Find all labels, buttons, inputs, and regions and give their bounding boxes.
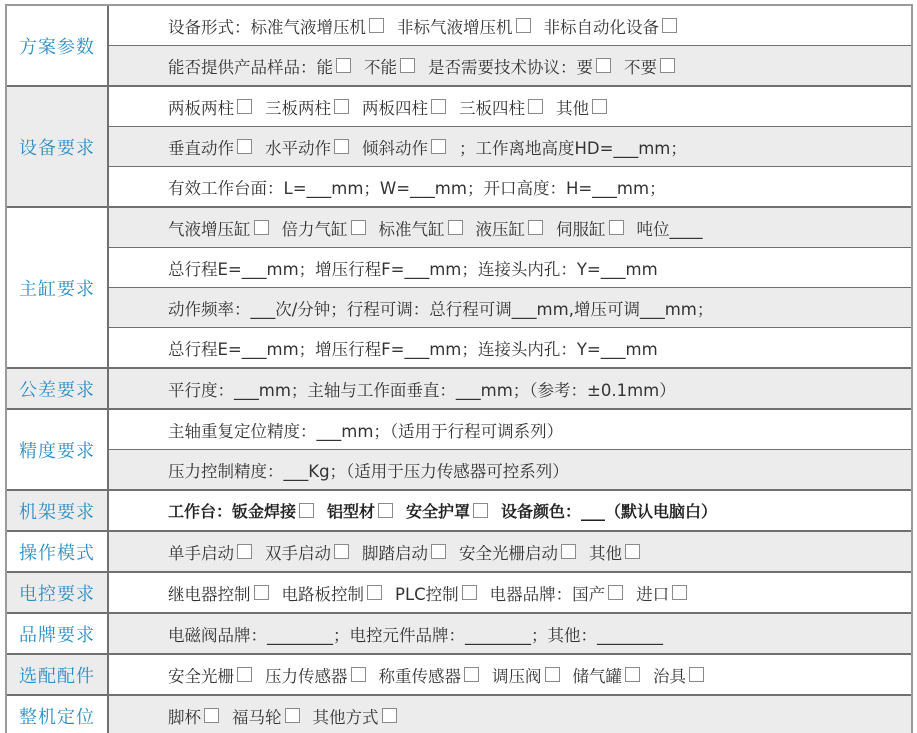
option-label: 电器品牌：国产: [490, 581, 606, 605]
option-label: 其他: [589, 540, 622, 564]
checkbox-icon[interactable]: [378, 503, 393, 518]
option-item[interactable]: 三板四柱: [459, 95, 548, 119]
checkbox-icon[interactable]: [561, 544, 576, 559]
option-label: 脚踏启动: [362, 540, 428, 564]
option-label: 能否提供产品样品：能: [168, 54, 333, 78]
section-label: 操作模式: [7, 532, 109, 571]
fill-in-text: 压力控制精度：___Kg；（适用于压力传感器可控系列）: [168, 458, 569, 482]
option-item[interactable]: 工作台：钣金焊接: [168, 499, 319, 522]
section-equipment-req: 设备要求两板两柱三板两柱两板四柱三板四柱其他垂直动作水平动作倾斜动作；工作离地高…: [7, 87, 911, 208]
field-text: 主轴重复定位精度：___mm；（适用于行程可调系列）: [168, 418, 563, 442]
section-brand-req: 品牌要求电磁阀品牌：________；电控元件品牌：________；其他：__…: [7, 614, 911, 655]
fill-in-text: 吨位____: [637, 216, 703, 240]
option-label: 非标自动化设备: [544, 14, 660, 38]
option-label: 福马轮: [232, 704, 282, 728]
option-label: 继电器控制: [168, 581, 251, 605]
option-label: 双手启动: [265, 540, 331, 564]
option-item[interactable]: 伺服缸: [556, 216, 629, 240]
checkbox-icon[interactable]: [660, 58, 675, 73]
checkbox-icon[interactable]: [237, 667, 252, 682]
form-row: 安全光栅压力传感器称重传感器调压阀储气罐治具: [109, 655, 911, 694]
section-machine-positioning: 整机定位脚杯福马轮其他方式: [7, 696, 911, 733]
option-item[interactable]: 倾斜动作: [362, 135, 451, 159]
field-text: 设备颜色：___（默认电脑白）: [501, 499, 717, 522]
section-precision-req: 精度要求主轴重复定位精度：___mm；（适用于行程可调系列）压力控制精度：___…: [7, 410, 911, 491]
option-label: 单手启动: [168, 540, 234, 564]
section-frame-req: 机架要求工作台：钣金焊接铝型材安全护罩设备颜色：___（默认电脑白）: [7, 491, 911, 532]
form-row: 垂直动作水平动作倾斜动作；工作离地高度HD=___mm；: [109, 127, 911, 167]
section-rows: 单手启动双手启动脚踏启动安全光栅启动其他: [109, 532, 911, 571]
section-rows: 工作台：钣金焊接铝型材安全护罩设备颜色：___（默认电脑白）: [109, 491, 911, 530]
option-item[interactable]: 两板两柱: [168, 95, 257, 119]
section-label: 设备要求: [7, 87, 109, 206]
option-label: 垂直动作: [168, 135, 234, 159]
section-electrical-control-req: 电控要求继电器控制电路板控制PLC控制电器品牌：国产进口: [7, 573, 911, 614]
form-row: 设备形式：标准气液增压机非标气液增压机非标自动化设备: [109, 6, 911, 46]
checkbox-icon[interactable]: [237, 544, 252, 559]
option-label: 脚杯: [168, 704, 201, 728]
fill-in-text: 动作频率：___次/分钟；行程可调：总行程可调___mm,增压可调___mm；: [168, 296, 713, 320]
form-row: 总行程E=___mm；增压行程F=___mm；连接头内孔：Y=___mm: [109, 328, 911, 367]
checkbox-icon[interactable]: [609, 220, 624, 235]
form-row: 有效工作台面：L=___mm；W=___mm；开口高度：H=___mm；: [109, 167, 911, 206]
field-text: 有效工作台面：L=___mm；W=___mm；开口高度：H=___mm；: [168, 175, 666, 199]
option-label: 倾斜动作: [362, 135, 428, 159]
field-text: 吨位____: [637, 216, 703, 240]
option-label: 三板两柱: [265, 95, 331, 119]
checkbox-icon[interactable]: [254, 220, 269, 235]
section-label: 选配配件: [7, 655, 109, 694]
option-item[interactable]: 压力传感器: [265, 663, 371, 687]
checkbox-icon[interactable]: [237, 99, 252, 114]
checkbox-icon[interactable]: [204, 708, 219, 723]
checkbox-icon[interactable]: [285, 708, 300, 723]
field-text: 平行度：___mm；主轴与工作面垂直：___mm；（参考：±0.1mm）: [168, 377, 676, 401]
checkbox-icon[interactable]: [431, 99, 446, 114]
checkbox-icon[interactable]: [448, 220, 463, 235]
fill-in-text: 主轴重复定位精度：___mm；（适用于行程可调系列）: [168, 418, 563, 442]
option-label: 进口: [636, 581, 669, 605]
option-label: 称重传感器: [379, 663, 462, 687]
option-item[interactable]: 水平动作: [265, 135, 354, 159]
option-item[interactable]: 双手启动: [265, 540, 354, 564]
section-label: 精度要求: [7, 410, 109, 489]
checkbox-icon[interactable]: [528, 220, 543, 235]
section-label: 方案参数: [7, 6, 109, 85]
section-label: 公差要求: [7, 369, 109, 408]
fill-in-text: 总行程E=___mm；增压行程F=___mm；连接头内孔：Y=___mm: [168, 336, 658, 360]
option-item[interactable]: 垂直动作: [168, 135, 257, 159]
option-item[interactable]: 标准气缸: [379, 216, 468, 240]
checkbox-icon[interactable]: [254, 585, 269, 600]
option-item[interactable]: 倍力气缸: [282, 216, 371, 240]
checkbox-icon[interactable]: [431, 139, 446, 154]
option-label: 不要: [624, 54, 657, 78]
form-row: 气液增压缸倍力气缸标准气缸液压缸伺服缸吨位____: [109, 208, 911, 248]
checkbox-icon[interactable]: [334, 139, 349, 154]
section-label: 机架要求: [7, 491, 109, 530]
field-text: 动作频率：___次/分钟；行程可调：总行程可调___mm,增压可调___mm；: [168, 296, 713, 320]
option-label: 两板两柱: [168, 95, 234, 119]
option-item[interactable]: 三板两柱: [265, 95, 354, 119]
section-rows: 继电器控制电路板控制PLC控制电器品牌：国产进口: [109, 573, 911, 612]
section-operation-mode: 操作模式单手启动双手启动脚踏启动安全光栅启动其他: [7, 532, 911, 573]
checkbox-icon[interactable]: [382, 708, 397, 723]
option-label: 是否需要技术协议：要: [428, 54, 593, 78]
option-item[interactable]: 不能: [364, 54, 420, 78]
checkbox-icon[interactable]: [367, 585, 382, 600]
option-item[interactable]: 安全光栅启动: [459, 540, 581, 564]
section-tolerance-req: 公差要求平行度：___mm；主轴与工作面垂直：___mm；（参考：±0.1mm）: [7, 369, 911, 410]
option-item[interactable]: 铝型材: [327, 499, 398, 522]
field-text: 压力控制精度：___Kg；（适用于压力传感器可控系列）: [168, 458, 569, 482]
checkbox-icon[interactable]: [528, 99, 543, 114]
checkbox-icon[interactable]: [464, 667, 479, 682]
option-item[interactable]: 非标自动化设备: [544, 14, 683, 38]
option-item[interactable]: 储气罐: [573, 663, 646, 687]
option-item[interactable]: 其他: [556, 95, 612, 119]
checkbox-icon[interactable]: [462, 585, 477, 600]
checkbox-icon[interactable]: [237, 139, 252, 154]
option-label: 压力传感器: [265, 663, 348, 687]
checkbox-icon[interactable]: [334, 544, 349, 559]
option-label: 安全光栅: [168, 663, 234, 687]
option-item[interactable]: 单手启动: [168, 540, 257, 564]
option-item[interactable]: 设备形式：标准气液增压机: [168, 14, 389, 38]
field-text: 总行程E=___mm；增压行程F=___mm；连接头内孔：Y=___mm: [168, 256, 658, 280]
form-row: 脚杯福马轮其他方式: [109, 696, 911, 733]
option-item[interactable]: 其他方式: [313, 704, 402, 728]
form-row: 压力控制精度：___Kg；（适用于压力传感器可控系列）: [109, 450, 911, 489]
checkbox-icon[interactable]: [689, 667, 704, 682]
section-label: 品牌要求: [7, 614, 109, 653]
fill-in-text: 平行度：___mm；主轴与工作面垂直：___mm；（参考：±0.1mm）: [168, 377, 676, 401]
fill-in-text: 总行程E=___mm；增压行程F=___mm；连接头内孔：Y=___mm: [168, 256, 658, 280]
checkbox-icon[interactable]: [516, 18, 531, 33]
option-label: 三板四柱: [459, 95, 525, 119]
option-item[interactable]: 安全护罩: [406, 499, 493, 522]
option-item[interactable]: 调压阀: [492, 663, 565, 687]
form-row: 单手启动双手启动脚踏启动安全光栅启动其他: [109, 532, 911, 571]
checkbox-icon[interactable]: [351, 667, 366, 682]
option-item[interactable]: 进口: [636, 581, 692, 605]
form-row: 能否提供产品样品：能不能是否需要技术协议：要不要: [109, 46, 911, 85]
section-optional-accessories: 选配配件安全光栅压力传感器称重传感器调压阀储气罐治具: [7, 655, 911, 696]
option-label: 水平动作: [265, 135, 331, 159]
option-label: 储气罐: [573, 663, 623, 687]
section-rows: 两板两柱三板两柱两板四柱三板四柱其他垂直动作水平动作倾斜动作；工作离地高度HD=…: [109, 87, 911, 206]
field-text: ；工作离地高度HD=___mm；: [459, 135, 687, 159]
option-label: 治具: [653, 663, 686, 687]
option-label: 液压缸: [476, 216, 526, 240]
checkbox-icon[interactable]: [608, 585, 623, 600]
requirements-form-table: 方案参数设备形式：标准气液增压机非标气液增压机非标自动化设备能否提供产品样品：能…: [5, 4, 913, 733]
option-item[interactable]: 继电器控制: [168, 581, 274, 605]
option-label: 倍力气缸: [282, 216, 348, 240]
option-item[interactable]: 气液增压缸: [168, 216, 274, 240]
section-label: 整机定位: [7, 696, 109, 733]
checkbox-icon[interactable]: [431, 544, 446, 559]
checkbox-icon[interactable]: [369, 18, 384, 33]
fill-in-text: 电磁阀品牌：________；电控元件品牌：________；其他：______…: [168, 622, 663, 646]
option-label: 其他方式: [313, 704, 379, 728]
option-label: 电路板控制: [282, 581, 365, 605]
section-rows: 安全光栅压力传感器称重传感器调压阀储气罐治具: [109, 655, 911, 694]
section-scheme-params: 方案参数设备形式：标准气液增压机非标气液增压机非标自动化设备能否提供产品样品：能…: [7, 6, 911, 87]
option-label: 设备形式：标准气液增压机: [168, 14, 366, 38]
option-item[interactable]: 是否需要技术协议：要: [428, 54, 616, 78]
section-rows: 平行度：___mm；主轴与工作面垂直：___mm；（参考：±0.1mm）: [109, 369, 911, 408]
checkbox-icon[interactable]: [473, 503, 488, 518]
section-rows: 设备形式：标准气液增压机非标气液增压机非标自动化设备能否提供产品样品：能不能是否…: [109, 6, 911, 85]
fill-in-text: 有效工作台面：L=___mm；W=___mm；开口高度：H=___mm；: [168, 175, 666, 199]
section-rows: 气液增压缸倍力气缸标准气缸液压缸伺服缸吨位____总行程E=___mm；增压行程…: [109, 208, 911, 367]
option-item[interactable]: 脚杯: [168, 704, 224, 728]
form-row: 主轴重复定位精度：___mm；（适用于行程可调系列）: [109, 410, 911, 450]
checkbox-icon[interactable]: [351, 220, 366, 235]
option-item[interactable]: 脚踏启动: [362, 540, 451, 564]
option-label: 两板四柱: [362, 95, 428, 119]
option-item[interactable]: PLC控制: [395, 581, 482, 605]
form-row: 总行程E=___mm；增压行程F=___mm；连接头内孔：Y=___mm: [109, 248, 911, 288]
option-label: 调压阀: [492, 663, 542, 687]
option-item[interactable]: 两板四柱: [362, 95, 451, 119]
option-item[interactable]: 能否提供产品样品：能: [168, 54, 356, 78]
option-label: 不能: [364, 54, 397, 78]
option-item[interactable]: 电路板控制: [282, 581, 388, 605]
section-rows: 电磁阀品牌：________；电控元件品牌：________；其他：______…: [109, 614, 911, 653]
option-label: 安全护罩: [406, 499, 470, 522]
form-row: 电磁阀品牌：________；电控元件品牌：________；其他：______…: [109, 614, 911, 653]
option-label: 其他: [556, 95, 589, 119]
form-row: 继电器控制电路板控制PLC控制电器品牌：国产进口: [109, 573, 911, 612]
option-item[interactable]: 液压缸: [476, 216, 549, 240]
field-text: 电磁阀品牌：________；电控元件品牌：________；其他：______…: [168, 622, 663, 646]
option-item[interactable]: 不要: [624, 54, 680, 78]
checkbox-icon[interactable]: [545, 667, 560, 682]
section-rows: 主轴重复定位精度：___mm；（适用于行程可调系列）压力控制精度：___Kg；（…: [109, 410, 911, 489]
option-label: 气液增压缸: [168, 216, 251, 240]
option-item[interactable]: 其他: [589, 540, 645, 564]
option-item[interactable]: 安全光栅: [168, 663, 257, 687]
checkbox-icon[interactable]: [334, 99, 349, 114]
fill-in-text: 设备颜色：___（默认电脑白）: [501, 499, 717, 522]
form-row: 平行度：___mm；主轴与工作面垂直：___mm；（参考：±0.1mm）: [109, 369, 911, 408]
checkbox-icon[interactable]: [596, 58, 611, 73]
checkbox-icon[interactable]: [662, 18, 677, 33]
field-text: 总行程E=___mm；增压行程F=___mm；连接头内孔：Y=___mm: [168, 336, 658, 360]
checkbox-icon[interactable]: [672, 585, 687, 600]
option-label: 标准气缸: [379, 216, 445, 240]
option-item[interactable]: 治具: [653, 663, 709, 687]
option-label: 铝型材: [327, 499, 375, 522]
checkbox-icon[interactable]: [299, 503, 314, 518]
option-item[interactable]: 称重传感器: [379, 663, 485, 687]
checkbox-icon[interactable]: [625, 667, 640, 682]
form-row: 动作频率：___次/分钟；行程可调：总行程可调___mm,增压可调___mm；: [109, 288, 911, 328]
section-rows: 脚杯福马轮其他方式: [109, 696, 911, 733]
option-item[interactable]: 福马轮: [232, 704, 305, 728]
option-label: 安全光栅启动: [459, 540, 558, 564]
checkbox-icon[interactable]: [400, 58, 415, 73]
option-item[interactable]: 非标气液增压机: [397, 14, 536, 38]
checkbox-icon[interactable]: [592, 99, 607, 114]
checkbox-icon[interactable]: [336, 58, 351, 73]
option-label: 工作台：钣金焊接: [168, 499, 296, 522]
form-row: 两板两柱三板两柱两板四柱三板四柱其他: [109, 87, 911, 127]
checkbox-icon[interactable]: [625, 544, 640, 559]
section-label: 电控要求: [7, 573, 109, 612]
fill-in-text: ；工作离地高度HD=___mm；: [459, 135, 687, 159]
option-label: PLC控制: [395, 581, 459, 605]
section-label: 主缸要求: [7, 208, 109, 367]
form-row: 工作台：钣金焊接铝型材安全护罩设备颜色：___（默认电脑白）: [109, 491, 911, 530]
option-label: 伺服缸: [556, 216, 606, 240]
option-item[interactable]: 电器品牌：国产: [490, 581, 629, 605]
option-label: 非标气液增压机: [397, 14, 513, 38]
section-main-cylinder-req: 主缸要求气液增压缸倍力气缸标准气缸液压缸伺服缸吨位____总行程E=___mm；…: [7, 208, 911, 369]
